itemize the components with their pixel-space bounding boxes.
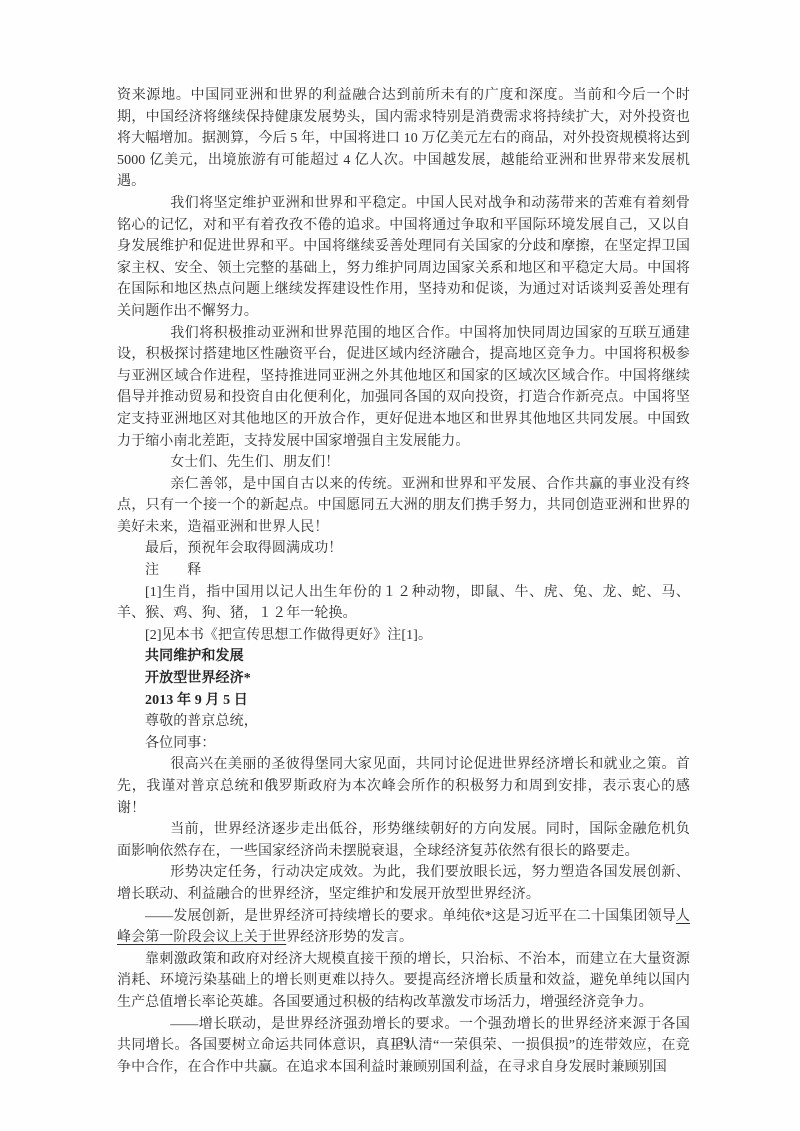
paragraph: 我们将坚定维护亚洲和世界和平稳定。中国人民对战争和动荡带来的苦难有着刻骨铭心的记… bbox=[117, 193, 690, 323]
notes-heading: 注 释 bbox=[117, 560, 690, 582]
salutation-colleagues: 各位同事： bbox=[117, 733, 690, 755]
salutation-president: 尊敬的普京总统， bbox=[117, 711, 690, 733]
closing-line: 最后，预祝年会取得圆满成功！ bbox=[117, 538, 690, 560]
paragraph: 我们将积极推动亚洲和世界范围的地区合作。中国将加快同周边国家的互联互通建设，积极… bbox=[117, 323, 690, 453]
paragraph-continuation: 资来源地。中国同亚洲和世界的利益融合达到前所未有的广度和深度。当前和今后一个时期… bbox=[117, 85, 690, 193]
paragraph: 很高兴在美丽的圣彼得堡同大家见面，共同讨论促进世界经济增长和就业之策。首先，我谨… bbox=[117, 754, 690, 819]
footnote-pre-text: ——发展创新，是世界经济可持续增长的要求。单纯依*这是习近平在二十国集团领导 bbox=[145, 909, 676, 924]
note-item-1: [1]生肖，指中国用以记人出生年份的１２种动物，即鼠、牛、虎、兔、龙、蛇、马、羊… bbox=[117, 582, 690, 625]
footnote-post-text: 界经济形势的发言。 bbox=[286, 930, 413, 945]
paragraph: 形势决定任务，行动决定成效。为此，我们要放眼长远，努力塑造各国发展创新、增长联动… bbox=[117, 862, 690, 905]
salutation-line: 女士们、先生们、朋友们！ bbox=[117, 452, 690, 474]
text-body: 资来源地。中国同亚洲和世界的利益融合达到前所未有的广度和深度。当前和今后一个时期… bbox=[117, 85, 690, 1078]
chapter-title-line-2: 开放型世界经济* bbox=[117, 668, 690, 690]
paragraph: 靠刺激政策和政府对经济大规模直接干预的增长，只治标、不治本，而建立在大量资源消耗… bbox=[117, 949, 690, 1014]
footnote-inline-paragraph: ——发展创新，是世界经济可持续增长的要求。单纯依*这是习近平在二十国集团领导人峰… bbox=[117, 906, 690, 949]
note-item-2: [2]见本书《把宣传思想工作做得更好》注[1]。 bbox=[117, 625, 690, 647]
document-page: 资来源地。中国同亚洲和世界的利益融合达到前所未有的广度和深度。当前和今后一个时期… bbox=[0, 0, 800, 1131]
page-number: 139 bbox=[0, 1034, 800, 1050]
paragraph: 亲仁善邻，是中国自古以来的传统。亚洲和世界和平发展、合作共赢的事业没有终点，只有… bbox=[117, 474, 690, 539]
chapter-title-line-1: 共同维护和发展 bbox=[117, 646, 690, 668]
paragraph: 当前，世界经济逐步走出低谷，形势继续朝好的方向发展。同时，国际金融危机负面影响依… bbox=[117, 819, 690, 862]
chapter-date: 2013 年 9 月 5 日 bbox=[117, 690, 690, 712]
